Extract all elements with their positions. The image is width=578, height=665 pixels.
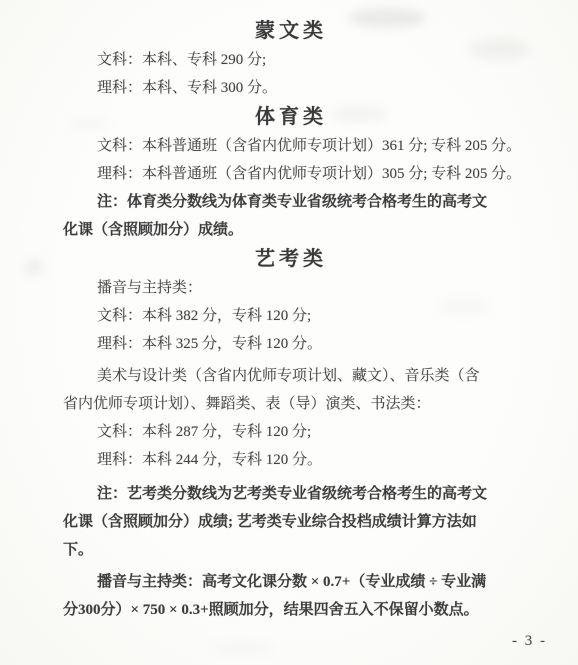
tiyu-note-line-2: 化课（含照顾加分）成绩。 [63,216,515,244]
scanned-document-page: 蒙文类 文科：本科、专科 290 分; 理科：本科、专科 300 分。 体育类 … [0,0,578,665]
yikao-meishu-line-2: 省内优师专项计划）、舞蹈类、表（导）演类、书法类： [63,390,515,418]
tiyu-like-line: 理科：本科普通班（含省内优师专项计划）305 分; 专科 205 分。 [63,160,515,188]
section-heading-mengwenlei: 蒙文类 [63,16,515,46]
yikao-boyin-like-line: 理科：本科 325 分，专科 120 分。 [63,330,515,358]
yikao-meishu-wenke-line: 文科：本科 287 分，专科 120 分; [63,418,515,446]
yikao-meishu-line-1: 美术与设计类（含省内优师专项计划、藏文）、音乐类（含 [63,362,515,390]
yikao-boyin-wenke-line: 文科：本科 382 分，专科 120 分; [63,302,515,330]
yikao-formula-line-1: 播音与主持类：高考文化课分数 × 0.7+（专业成绩 ÷ 专业满 [63,568,515,596]
page-number: - 3 - [512,633,547,650]
yikao-formula-line-2: 分300分）× 750 × 0.3+照顾加分，结果四舍五入不保留小数点。 [63,596,515,624]
section-heading-yikaolei: 艺考类 [63,244,515,274]
mengwen-wenke-line: 文科：本科、专科 290 分; [63,46,515,74]
tiyu-note-line-1: 注：体育类分数线为体育类专业省级统考合格考生的高考文 [63,188,515,216]
yikao-boyin-label-line: 播音与主持类： [63,274,515,302]
yikao-note-line-1: 注：艺考类分数线为艺考类专业省级统考合格考生的高考文 [63,480,515,508]
document-content: 蒙文类 文科：本科、专科 290 分; 理科：本科、专科 300 分。 体育类 … [63,0,515,624]
mengwen-like-line: 理科：本科、专科 300 分。 [63,74,515,102]
scan-smudge [22,256,47,279]
yikao-meishu-like-line: 理科：本科 244 分，专科 120 分。 [63,446,515,474]
scan-smudge [210,642,274,654]
yikao-note-line-3: 下。 [63,536,515,564]
tiyu-wenke-line: 文科：本科普通班（含省内优师专项计划）361 分; 专科 205 分。 [63,132,515,160]
yikao-note-line-2: 化课（含照顾加分）成绩; 艺考类专业综合投档成绩计算方法如 [63,508,515,536]
section-heading-tiyulei: 体育类 [63,102,515,132]
